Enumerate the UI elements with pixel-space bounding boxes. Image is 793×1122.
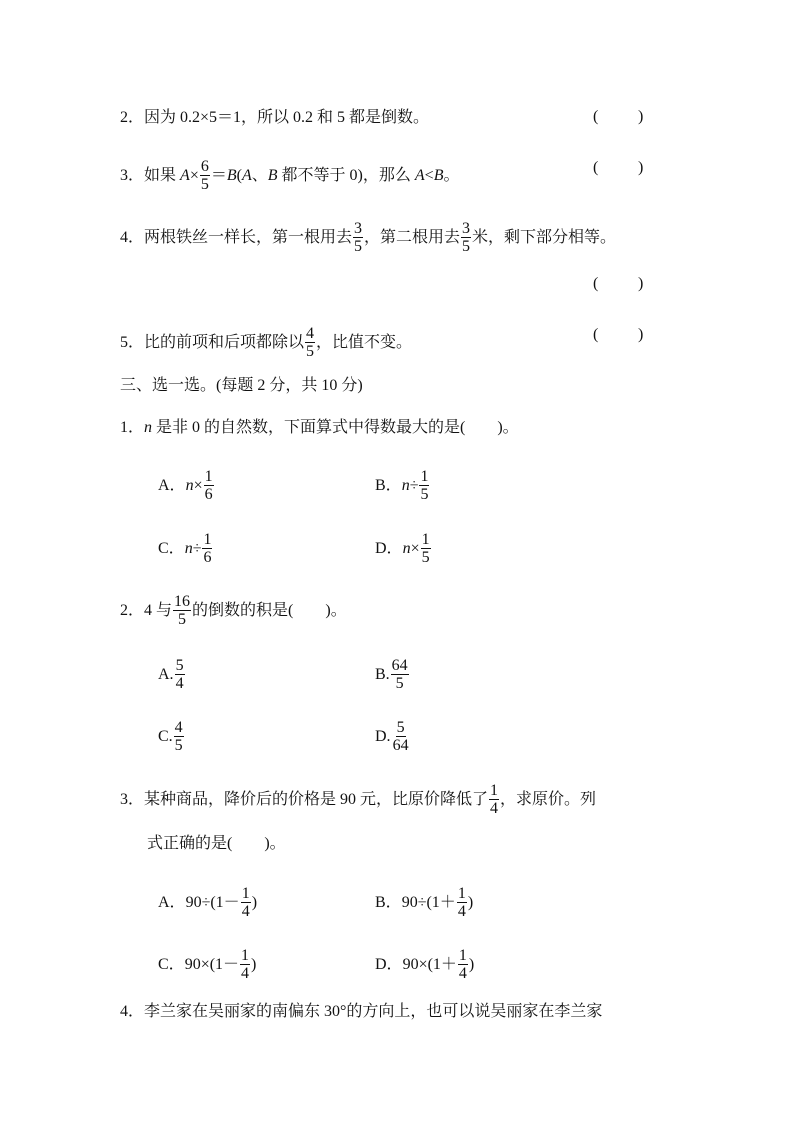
item-text: 4 与: [144, 602, 172, 619]
option-a[interactable]: A．n×16: [158, 469, 215, 504]
denominator: 6: [202, 549, 212, 566]
item-number: 3．: [120, 167, 144, 184]
item-number: 2．: [120, 602, 144, 619]
numerator: 1: [241, 885, 251, 903]
fraction: 165: [173, 593, 191, 628]
numerator: 1: [202, 531, 212, 549]
expression: 90×(1－: [185, 956, 239, 973]
denominator: 4: [175, 675, 185, 692]
choice-question-3: 3．某种商品，降价后的价格是 90 元，比原价降低了14，求原价。列: [120, 783, 596, 818]
operator: ×: [411, 540, 420, 557]
judge-item-5: 5．比的前项和后项都除以45，比值不变。: [120, 326, 412, 361]
numerator: 5: [396, 719, 406, 737]
fraction: 65: [200, 158, 210, 193]
fraction: 564: [392, 719, 410, 754]
denominator: 5: [353, 238, 363, 255]
denominator: 5: [305, 343, 315, 360]
numerator: 4: [174, 719, 184, 737]
equals-sign: ＝: [211, 167, 227, 184]
option-label: B．: [375, 894, 402, 911]
option-b[interactable]: B．n÷15: [375, 469, 430, 504]
item-text: 都不等于 0)，那么: [278, 167, 415, 184]
denominator: 5: [419, 486, 429, 503]
denominator: 5: [461, 238, 471, 255]
numerator: 1: [419, 468, 429, 486]
less-than-sign: <: [425, 167, 434, 184]
paren-right: ): [638, 275, 643, 293]
variable-n: n: [403, 540, 411, 557]
denominator: 4: [489, 800, 499, 817]
item-text: 比的前项和后项都除以: [144, 334, 304, 351]
item-text: 的倒数的积是( )。: [192, 602, 347, 619]
section-heading: 三、选一选。(每题 2 分，共 10 分): [120, 376, 363, 396]
option-d[interactable]: D.564: [375, 720, 411, 755]
period: 。: [443, 167, 459, 184]
item-text: ，第二根用去: [364, 229, 460, 246]
expression: ): [252, 894, 257, 911]
variable-a: A: [415, 167, 425, 184]
choice-question-4: 4．李兰家在吴丽家的南偏东 30°的方向上，也可以说吴丽家在李兰家: [120, 1002, 602, 1022]
fraction: 645: [391, 657, 409, 692]
expression: ): [468, 894, 473, 911]
expression: 90÷(1－: [186, 894, 240, 911]
paren-left: (: [593, 108, 598, 126]
item-text: 因为 0.2×5＝1，所以 0.2 和 5 都是倒数。: [144, 109, 429, 126]
expression: ): [469, 956, 474, 973]
judge-item-3: 3．如果 A×65＝B(A、B 都不等于 0)，那么 A<B。: [120, 159, 460, 194]
fraction: 15: [419, 468, 429, 503]
operator: ÷: [193, 540, 202, 557]
fraction: 45: [174, 719, 184, 754]
denominator: 5: [200, 176, 210, 193]
fraction: 14: [489, 782, 499, 817]
item-text: 米，剩下部分相等。: [472, 229, 616, 246]
option-label: C．: [158, 956, 185, 973]
denominator: 4: [457, 903, 467, 920]
variable-b: B: [227, 167, 237, 184]
item-number: 4．: [120, 1003, 144, 1020]
item-text: 两根铁丝一样长，第一根用去: [144, 229, 352, 246]
option-d[interactable]: D．90×(1＋14): [375, 948, 474, 983]
denominator: 4: [240, 965, 250, 982]
option-b[interactable]: B.645: [375, 658, 410, 693]
item-number: 4．: [120, 229, 144, 246]
option-c[interactable]: C.45: [158, 720, 185, 755]
item-text: 如果: [144, 167, 180, 184]
choice-question-1: 1．n 是非 0 的自然数，下面算式中得数最大的是( )。: [120, 418, 519, 438]
option-label: B．: [375, 477, 402, 494]
fraction: 14: [241, 885, 251, 920]
denominator: 64: [392, 737, 410, 754]
option-label: A.: [158, 666, 174, 683]
fraction: 16: [204, 468, 214, 503]
variable-a: A: [180, 167, 190, 184]
option-a[interactable]: A．90÷(1－14): [158, 886, 257, 921]
expression: ): [251, 956, 256, 973]
fraction: 14: [458, 947, 468, 982]
item-text: 李兰家在吴丽家的南偏东 30°的方向上，也可以说吴丽家在李兰家: [144, 1003, 602, 1020]
item-text: 某种商品，降价后的价格是 90 元，比原价降低了: [144, 791, 488, 808]
numerator: 5: [175, 657, 185, 675]
item-text: ，比值不变。: [316, 334, 412, 351]
denominator: 5: [177, 611, 187, 628]
option-label: C.: [158, 728, 173, 745]
fraction: 15: [421, 531, 431, 566]
times-sign: ×: [190, 167, 199, 184]
denominator: 5: [421, 549, 431, 566]
variable-a: A: [242, 167, 252, 184]
item-number: 1．: [120, 419, 144, 436]
fraction: 16: [202, 531, 212, 566]
separator: 、: [252, 167, 268, 184]
numerator: 1: [240, 947, 250, 965]
variable-n: n: [402, 477, 410, 494]
expression: 90×(1＋: [403, 956, 457, 973]
option-label: D.: [375, 728, 391, 745]
fraction: 35: [353, 220, 363, 255]
option-label: B.: [375, 666, 390, 683]
denominator: 6: [204, 486, 214, 503]
numerator: 6: [200, 158, 210, 176]
option-label: A．: [158, 477, 186, 494]
numerator: 3: [353, 220, 363, 238]
option-label: C．: [158, 540, 185, 557]
option-a[interactable]: A.54: [158, 658, 186, 693]
paren-right: ): [638, 159, 643, 177]
option-label: A．: [158, 894, 186, 911]
item-text: ，求原价。列: [500, 791, 596, 808]
paren-right: ): [638, 326, 643, 344]
fraction: 54: [175, 657, 185, 692]
numerator: 1: [421, 531, 431, 549]
denominator: 4: [241, 903, 251, 920]
option-c[interactable]: C．n÷16: [158, 532, 213, 567]
option-label: D．: [375, 540, 403, 557]
numerator: 64: [391, 657, 409, 675]
fraction: 14: [457, 885, 467, 920]
numerator: 1: [204, 468, 214, 486]
variable-n: n: [186, 477, 194, 494]
denominator: 5: [174, 737, 184, 754]
fraction: 35: [461, 220, 471, 255]
item-number: 3．: [120, 791, 144, 808]
numerator: 16: [173, 593, 191, 611]
numerator: 4: [305, 325, 315, 343]
item-number: 5．: [120, 334, 144, 351]
variable-b: B: [268, 167, 278, 184]
fraction: 14: [240, 947, 250, 982]
operator: ×: [194, 477, 203, 494]
denominator: 4: [458, 965, 468, 982]
numerator: 3: [461, 220, 471, 238]
paren-right: ): [638, 108, 643, 126]
variable-n: n: [185, 540, 193, 557]
paren-left: (: [593, 159, 598, 177]
option-b[interactable]: B．90÷(1＋14): [375, 886, 473, 921]
denominator: 5: [395, 675, 405, 692]
choice-question-3-line2: 式正确的是( )。: [147, 834, 286, 854]
paren-left: (: [593, 326, 598, 344]
numerator: 1: [457, 885, 467, 903]
numerator: 1: [489, 782, 499, 800]
option-d[interactable]: D．n×15: [375, 532, 432, 567]
judge-item-2: 2．因为 0.2×5＝1，所以 0.2 和 5 都是倒数。: [120, 108, 429, 128]
expression: 90÷(1＋: [402, 894, 456, 911]
judge-item-4: 4．两根铁丝一样长，第一根用去35，第二根用去35米，剩下部分相等。: [120, 221, 616, 256]
item-number: 2．: [120, 109, 144, 126]
variable-n: n: [144, 419, 152, 436]
item-text: 是非 0 的自然数，下面算式中得数最大的是( )。: [152, 419, 519, 436]
option-label: D．: [375, 956, 403, 973]
fraction: 45: [305, 325, 315, 360]
paren-left: (: [593, 275, 598, 293]
operator: ÷: [410, 477, 419, 494]
option-c[interactable]: C．90×(1－14): [158, 948, 256, 983]
choice-question-2: 2．4 与165的倒数的积是( )。: [120, 594, 347, 629]
numerator: 1: [458, 947, 468, 965]
